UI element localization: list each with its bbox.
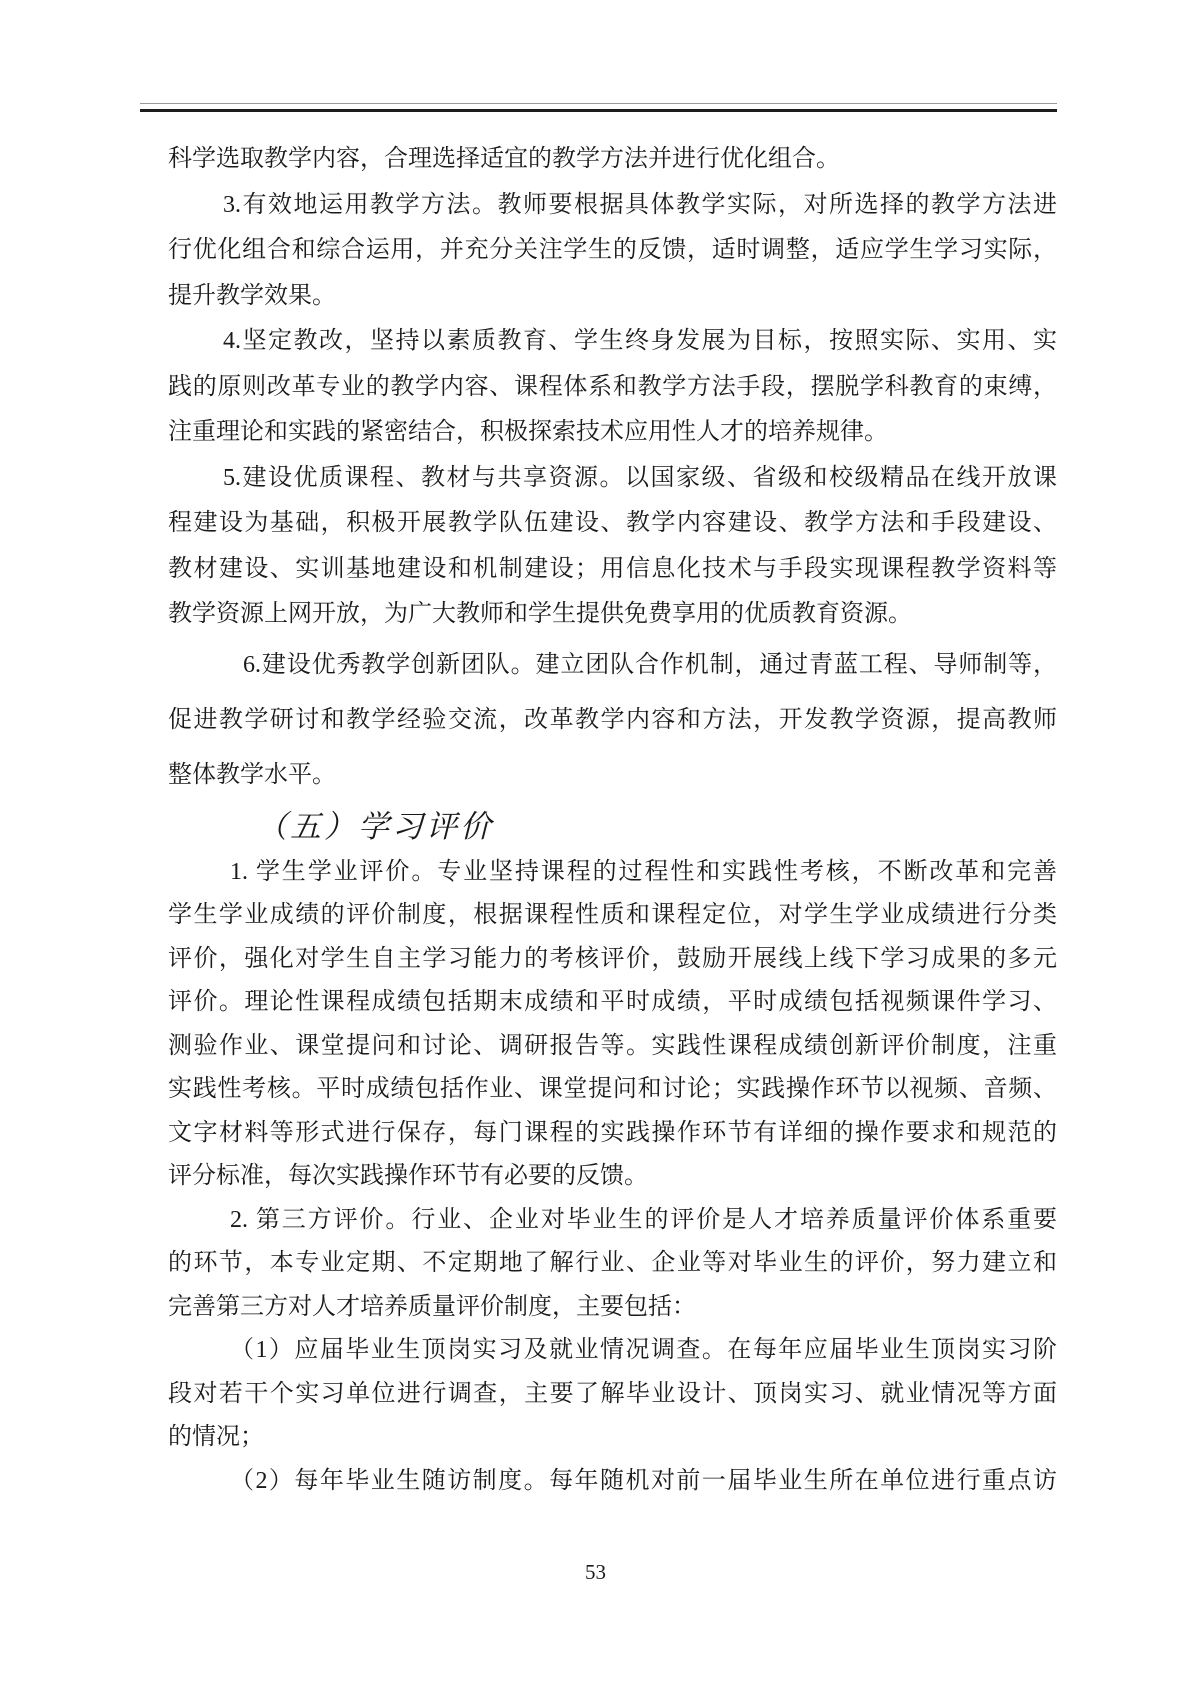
body-line: 程建设为基础，积极开展教学队伍建设、教学内容建设、教学方法和手段建设、 [168, 501, 1057, 547]
page-number: 53 [0, 1560, 1191, 1585]
body-line: 整体教学水平。 [168, 748, 1057, 803]
body-line: 文字材料等形式进行保存，每门课程的实践操作环节有详细的操作要求和规范的 [168, 1112, 1057, 1156]
body-line: 评价，强化对学生自主学习能力的考核评价，鼓励开展线上线下学习成果的多元 [168, 938, 1057, 982]
body-line: 的环节，本专业定期、不定期地了解行业、企业等对毕业生的评价，努力建立和 [168, 1242, 1057, 1286]
body-line: 促进教学研讨和教学经验交流，改革教学内容和方法，开发教学资源，提高教师 [168, 693, 1057, 748]
body-line: 的情况； [168, 1416, 1057, 1460]
body-line: 提升教学效果。 [168, 274, 1057, 320]
paragraph-start-line: 5.建设优质课程、教材与共享资源。以国家级、省级和校级精品在线开放课 [168, 456, 1057, 502]
header-rule-thin [140, 103, 1057, 104]
document-page: 科学选取教学内容，合理选择适宜的教学方法并进行优化组合。 3.有效地运用教学方法… [0, 0, 1191, 1684]
body-line: 测验作业、课堂提问和讨论、调研报告等。实践性课程成绩创新评价制度，注重 [168, 1025, 1057, 1069]
body-line: 完善第三方对人才培养质量评价制度，主要包括： [168, 1286, 1057, 1330]
paragraph-start-line: （2）每年毕业生随访制度。每年随机对前一届毕业生所在单位进行重点访 [168, 1460, 1057, 1504]
header-rule-thick [140, 109, 1057, 112]
body-line: 评分标准，每次实践操作环节有必要的反馈。 [168, 1155, 1057, 1199]
body-line: 科学选取教学内容，合理选择适宜的教学方法并进行优化组合。 [168, 137, 1057, 183]
paragraph-start-line: 4.坚定教改，坚持以素质教育、学生终身发展为目标，按照实际、实用、实 [168, 319, 1057, 365]
page-body: 科学选取教学内容，合理选择适宜的教学方法并进行优化组合。 3.有效地运用教学方法… [168, 137, 1057, 1503]
body-line: 教学资源上网开放，为广大教师和学生提供免费享用的优质教育资源。 [168, 592, 1057, 638]
body-line: 践的原则改革专业的教学内容、课程体系和教学方法手段，摆脱学科教育的束缚， [168, 365, 1057, 411]
body-line: 段对若干个实习单位进行调查，主要了解毕业设计、顶岗实习、就业情况等方面 [168, 1373, 1057, 1417]
paragraph-start-line: 2. 第三方评价。行业、企业对毕业生的评价是人才培养质量评价体系重要 [168, 1199, 1057, 1243]
body-line: 注重理论和实践的紧密结合，积极探索技术应用性人才的培养规律。 [168, 410, 1057, 456]
paragraph-start-line: （1）应届毕业生顶岗实习及就业情况调查。在每年应届毕业生顶岗实习阶 [168, 1329, 1057, 1373]
paragraph-start-line: 1. 学生学业评价。专业坚持课程的过程性和实践性考核，不断改革和完善 [168, 851, 1057, 895]
body-line: 实践性考核。平时成绩包括作业、课堂提问和讨论；实践操作环节以视频、音频、 [168, 1068, 1057, 1112]
paragraph-start-line: 6.建设优秀教学创新团队。建立团队合作机制，通过青蓝工程、导师制等， [168, 638, 1057, 693]
section-heading: （五）学习评价 [168, 803, 1057, 851]
body-line: 学生学业成绩的评价制度，根据课程性质和课程定位，对学生学业成绩进行分类 [168, 894, 1057, 938]
body-line: 评价。理论性课程成绩包括期末成绩和平时成绩，平时成绩包括视频课件学习、 [168, 981, 1057, 1025]
body-line: 行优化组合和综合运用，并充分关注学生的反馈，适时调整，适应学生学习实际， [168, 228, 1057, 274]
body-line: 教材建设、实训基地建设和机制建设；用信息化技术与手段实现课程教学资料等 [168, 547, 1057, 593]
paragraph-start-line: 3.有效地运用教学方法。教师要根据具体教学实际，对所选择的教学方法进 [168, 183, 1057, 229]
